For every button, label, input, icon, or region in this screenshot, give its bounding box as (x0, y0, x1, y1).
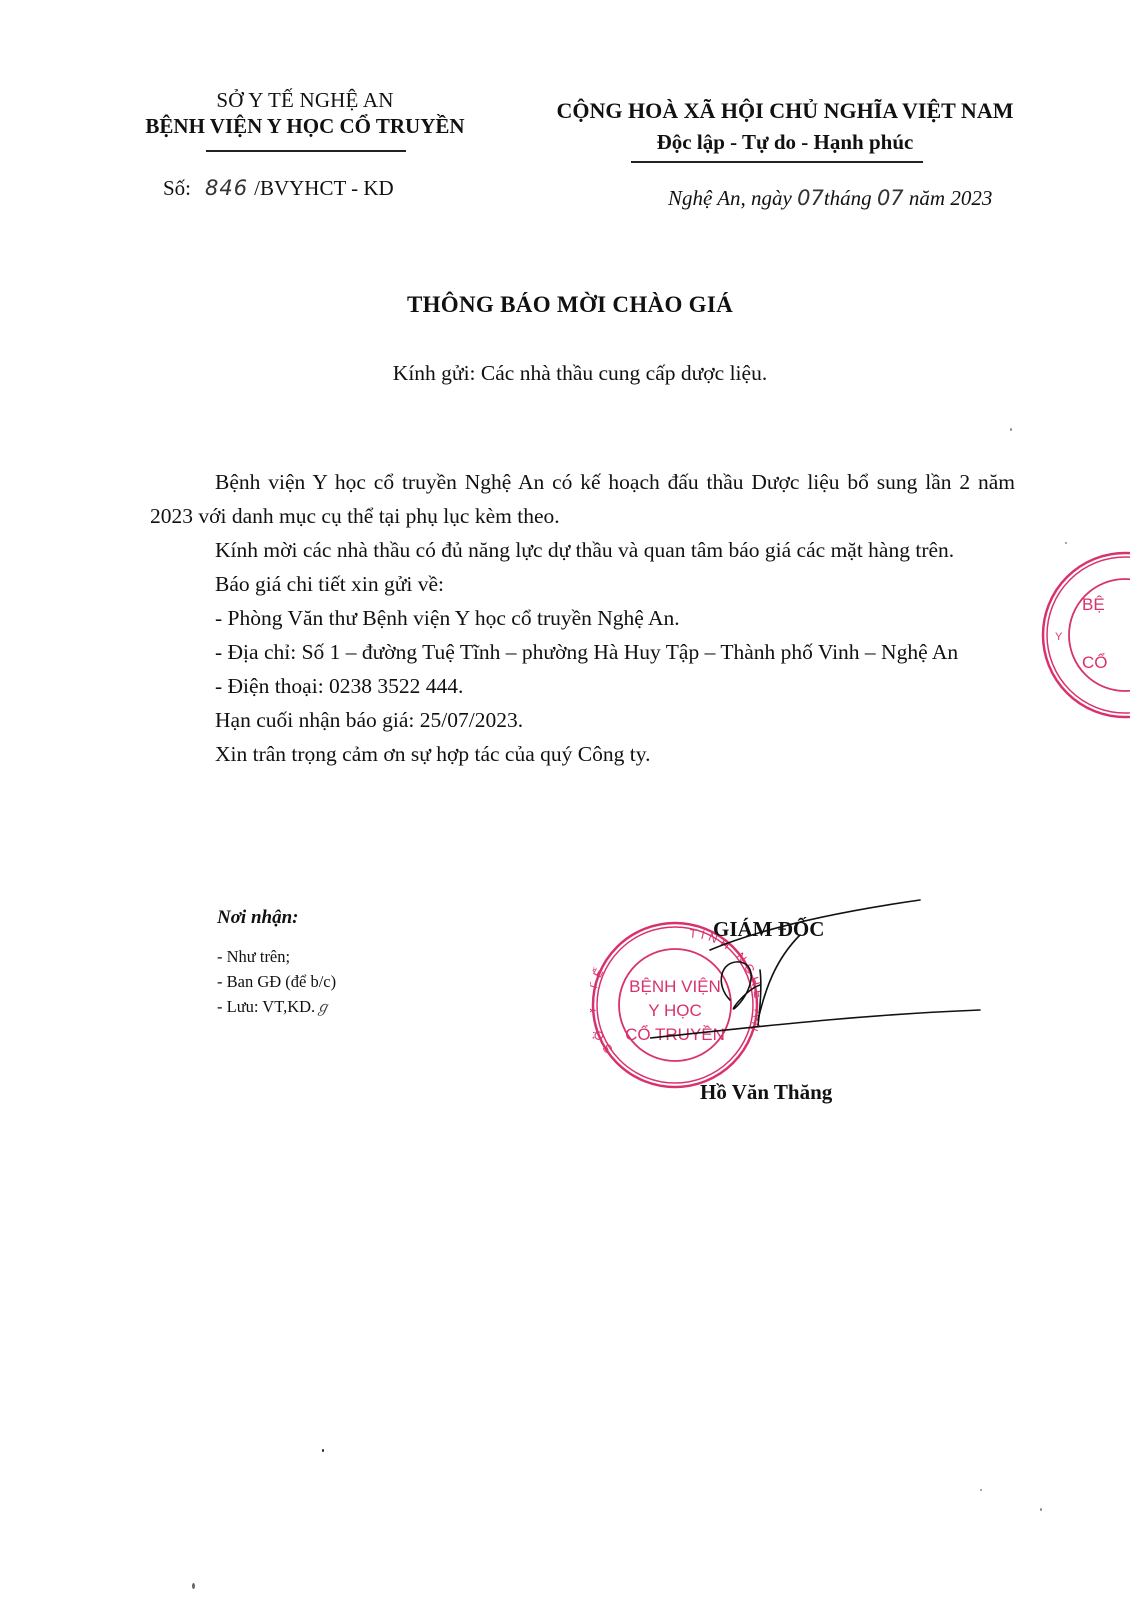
scan-speck (1010, 428, 1012, 431)
document-number: Số:846/BVYHCT - KD (163, 176, 394, 201)
document-date: Nghệ An, ngày 07tháng 07 năm 2023 (668, 186, 992, 211)
body-paragraph-thanks: Xin trân trọng cảm ơn sự hợp tác của quý… (150, 737, 1015, 771)
nation-title: CỘNG HOÀ XÃ HỘI CHỦ NGHĨA VIỆT NAM (520, 98, 1050, 124)
svg-text:CỔ: CỔ (1082, 653, 1108, 672)
recipients-heading: Nơi nhận: (217, 907, 298, 929)
body-paragraph-invitation: Kính mời các nhà thầu có đủ năng lực dự … (150, 533, 1015, 567)
recipient-item: - Ban GĐ (để b/c) (217, 969, 336, 994)
document-number-handwritten: 846 (205, 176, 248, 200)
document-body: Bệnh viện Y học cổ truyền Nghệ An có kế … (150, 465, 1015, 771)
date-month: 07 (877, 186, 904, 210)
document-number-suffix: /BVYHCT - KD (254, 176, 394, 200)
date-year: năm 2023 (904, 186, 993, 210)
greeting: Kính gửi: Các nhà thầu cung cấp dược liệ… (0, 361, 1130, 386)
recipient-item: - Như trên; (217, 944, 336, 969)
document-title: THÔNG BÁO MỜI CHÀO GIÁ (0, 292, 1130, 318)
agency-name: SỞ Y TẾ NGHỆ AN (105, 88, 505, 113)
national-motto: Độc lập - Tự do - Hạnh phúc (520, 130, 1050, 155)
header-left-underline (206, 150, 406, 152)
header-right-underline (631, 161, 923, 163)
svg-text:BỆ: BỆ (1082, 595, 1105, 614)
page-edge-stamp: BỆ CỔ Y (1040, 550, 1130, 720)
scan-speck (1065, 542, 1067, 544)
document-number-prefix: Số: (163, 176, 191, 200)
body-paragraph-send-to: Báo giá chi tiết xin gửi về: (150, 567, 1015, 601)
svg-text:SỞ Y TẾ: SỞ Y TẾ (590, 960, 616, 1056)
body-paragraph-phone: - Điện thoại: 0238 3522 444. (150, 669, 1015, 703)
handwritten-signature (650, 890, 990, 1040)
scan-speck (980, 1489, 982, 1491)
date-place: Nghệ An, ngày (668, 186, 797, 210)
scan-speck (322, 1449, 324, 1452)
date-month-label: tháng (824, 186, 877, 210)
scan-speck (1040, 1508, 1042, 1511)
date-day: 07 (797, 186, 824, 210)
scan-speck (192, 1583, 195, 1589)
recipient-item: - Lưu: VT,KD.ℊ (217, 994, 336, 1020)
svg-text:Y: Y (1055, 631, 1063, 643)
handwritten-initials: ℊ (315, 998, 330, 1016)
body-paragraph-plan: Bệnh viện Y học cổ truyền Nghệ An có kế … (150, 465, 1015, 533)
recipients-list: - Như trên; - Ban GĐ (để b/c) - Lưu: VT,… (217, 944, 336, 1020)
body-paragraph-address: - Địa chỉ: Số 1 – đường Tuệ Tĩnh – phườn… (150, 635, 1015, 669)
body-paragraph-office: - Phòng Văn thư Bệnh viện Y học cổ truyề… (150, 601, 1015, 635)
body-paragraph-deadline: Hạn cuối nhận báo giá: 25/07/2023. (150, 703, 1015, 737)
organization-name: BỆNH VIỆN Y HỌC CỔ TRUYỀN (105, 114, 505, 139)
